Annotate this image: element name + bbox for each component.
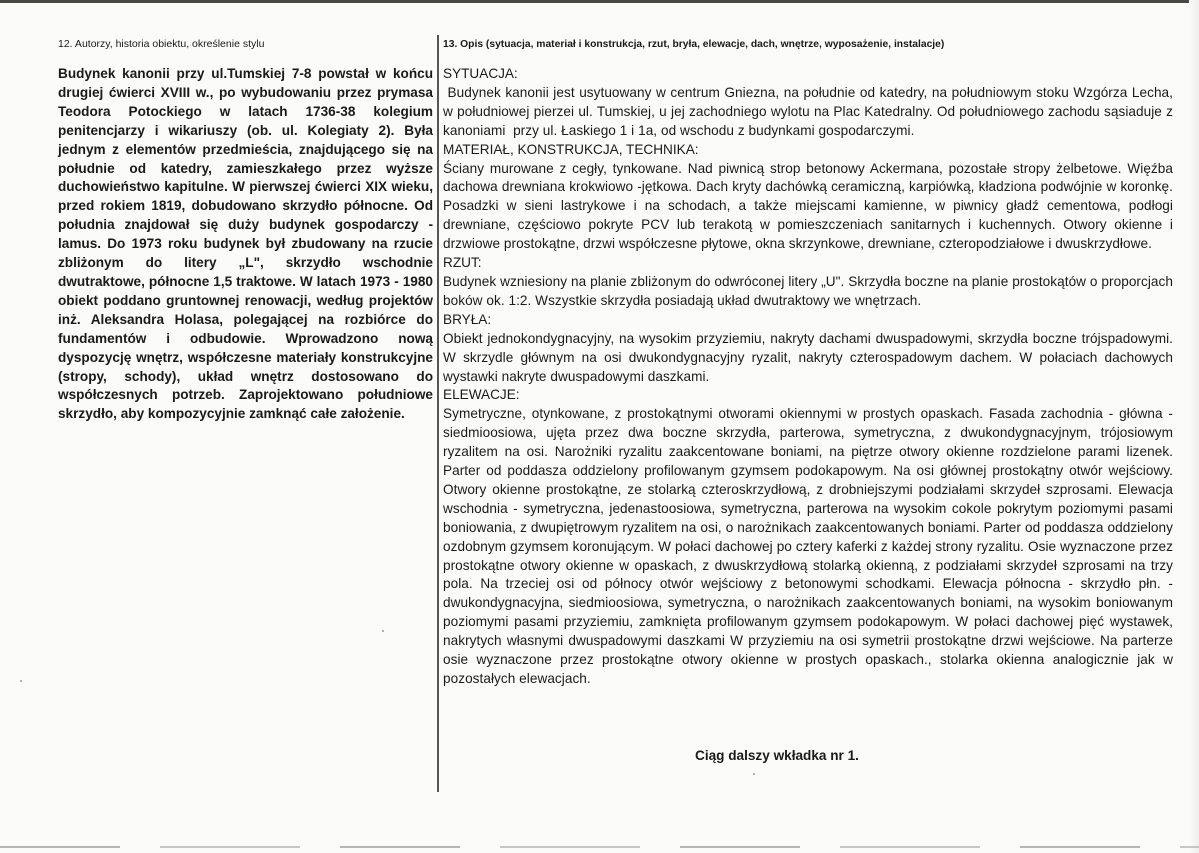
section-heading: RZUT: [443,254,1173,273]
section-material: MATERIAŁ, KONSTRUKCJA, TECHNIKA: Ściany … [443,141,1173,254]
history-text: Budynek kanonii przy ul.Tumskiej 7-8 pow… [58,65,433,424]
scan-top-edge [0,0,1199,3]
section-heading: MATERIAŁ, KONSTRUKCJA, TECHNIKA: [443,141,1173,160]
scan-bottom-lines [0,846,1199,848]
section-text: Budynek kanonii jest usytuowany w centru… [443,84,1173,141]
scan-speck [753,773,755,775]
continuation-note: Ciąg dalszy wkładka nr 1. [695,748,859,763]
section-heading: SYTUACJA: [443,65,1173,84]
section-heading: ELEWACJE: [443,386,1173,405]
scan-speck [20,680,22,682]
scan-right-edge [1189,0,1199,853]
section-situation: SYTUACJA: Budynek kanonii jest usytuowan… [443,65,1173,141]
field-label-history: 12. Autorzy, historia obiektu, określeni… [58,38,433,51]
section-plan: RZUT: Budynek wzniesiony na planie zbliż… [443,254,1173,311]
section-text: Ściany murowane z cegły, tynkowane. Nad … [443,160,1173,255]
section-elevations: ELEWACJE: Symetryczne, otynkowane, z pro… [443,386,1173,689]
section-text: Budynek wzniesiony na planie zbliżonym d… [443,273,1173,311]
section-text: Symetryczne, otynkowane, z prostokątnymi… [443,405,1173,689]
column-divider [437,35,439,792]
description-column: 13. Opis (sytuacja, materiał i konstrukc… [443,38,1173,689]
scan-speck [382,630,384,632]
section-text: Obiekt jednokondygnacyjny, na wysokim pr… [443,330,1173,387]
history-column: 12. Autorzy, historia obiektu, określeni… [58,38,433,424]
field-label-description: 13. Opis (sytuacja, materiał i konstrukc… [443,38,1173,51]
section-heading: BRYŁA: [443,311,1173,330]
section-massing: BRYŁA: Obiekt jednokondygnacyjny, na wys… [443,311,1173,387]
